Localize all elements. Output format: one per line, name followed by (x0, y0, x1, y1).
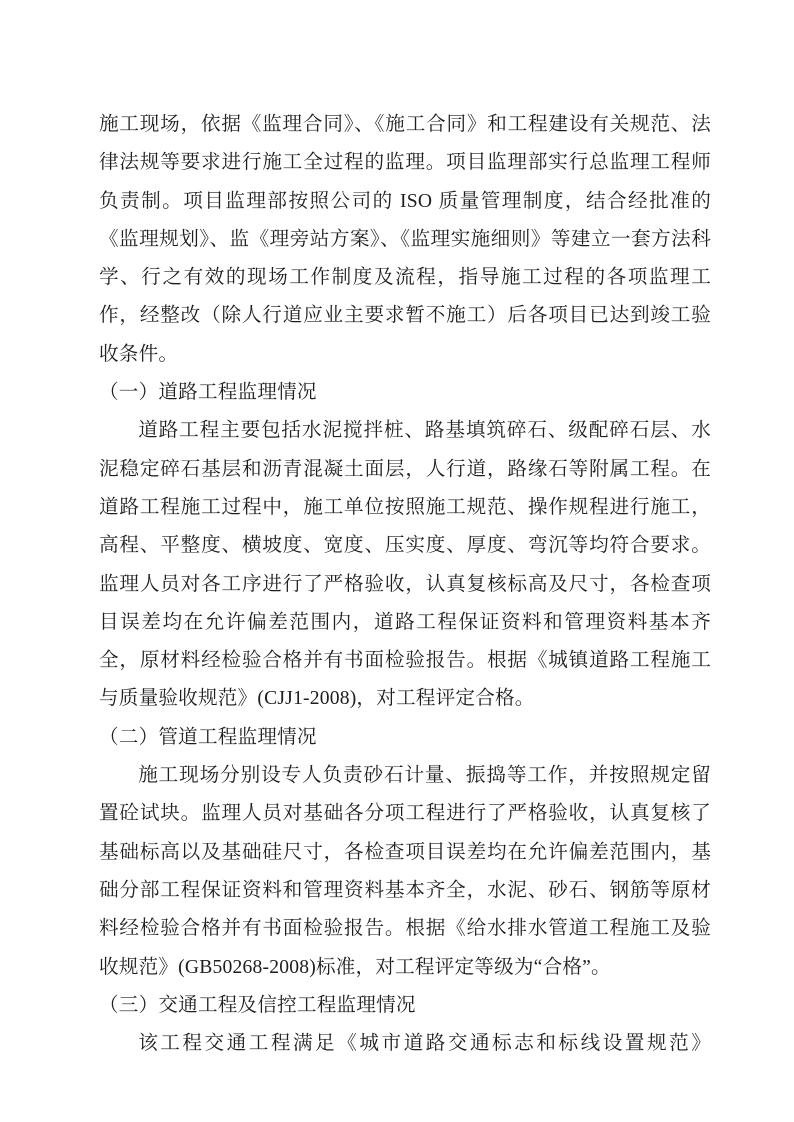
paragraph-road-works: 道路工程主要包括水泥搅拌桩、路基填筑碎石、级配碎石层、水泥稳定碎石基层和沥青混凝… (99, 412, 711, 718)
document-text-block: 施工现场，依据《监理合同》、《施工合同》和工程建设有关规范、法律法规等要求进行施… (99, 106, 711, 1063)
paragraph-intro: 施工现场，依据《监理合同》、《施工合同》和工程建设有关规范、法律法规等要求进行施… (99, 106, 711, 374)
document-page: 施工现场，依据《监理合同》、《施工合同》和工程建设有关规范、法律法规等要求进行施… (0, 0, 794, 1122)
section-heading-road-works: （一）道路工程监理情况 (99, 374, 711, 412)
section-heading-traffic-signal-works: （三）交通工程及信控工程监理情况 (99, 987, 711, 1025)
section-heading-pipeline-works: （二）管道工程监理情况 (99, 719, 711, 757)
paragraph-pipeline-works: 施工现场分别设专人负责砂石计量、振捣等工作，并按照规定留置砼试块。监理人员对基础… (99, 757, 711, 987)
paragraph-traffic-works: 该工程交通工程满足《城市道路交通标志和标线设置规范》 (99, 1025, 711, 1063)
